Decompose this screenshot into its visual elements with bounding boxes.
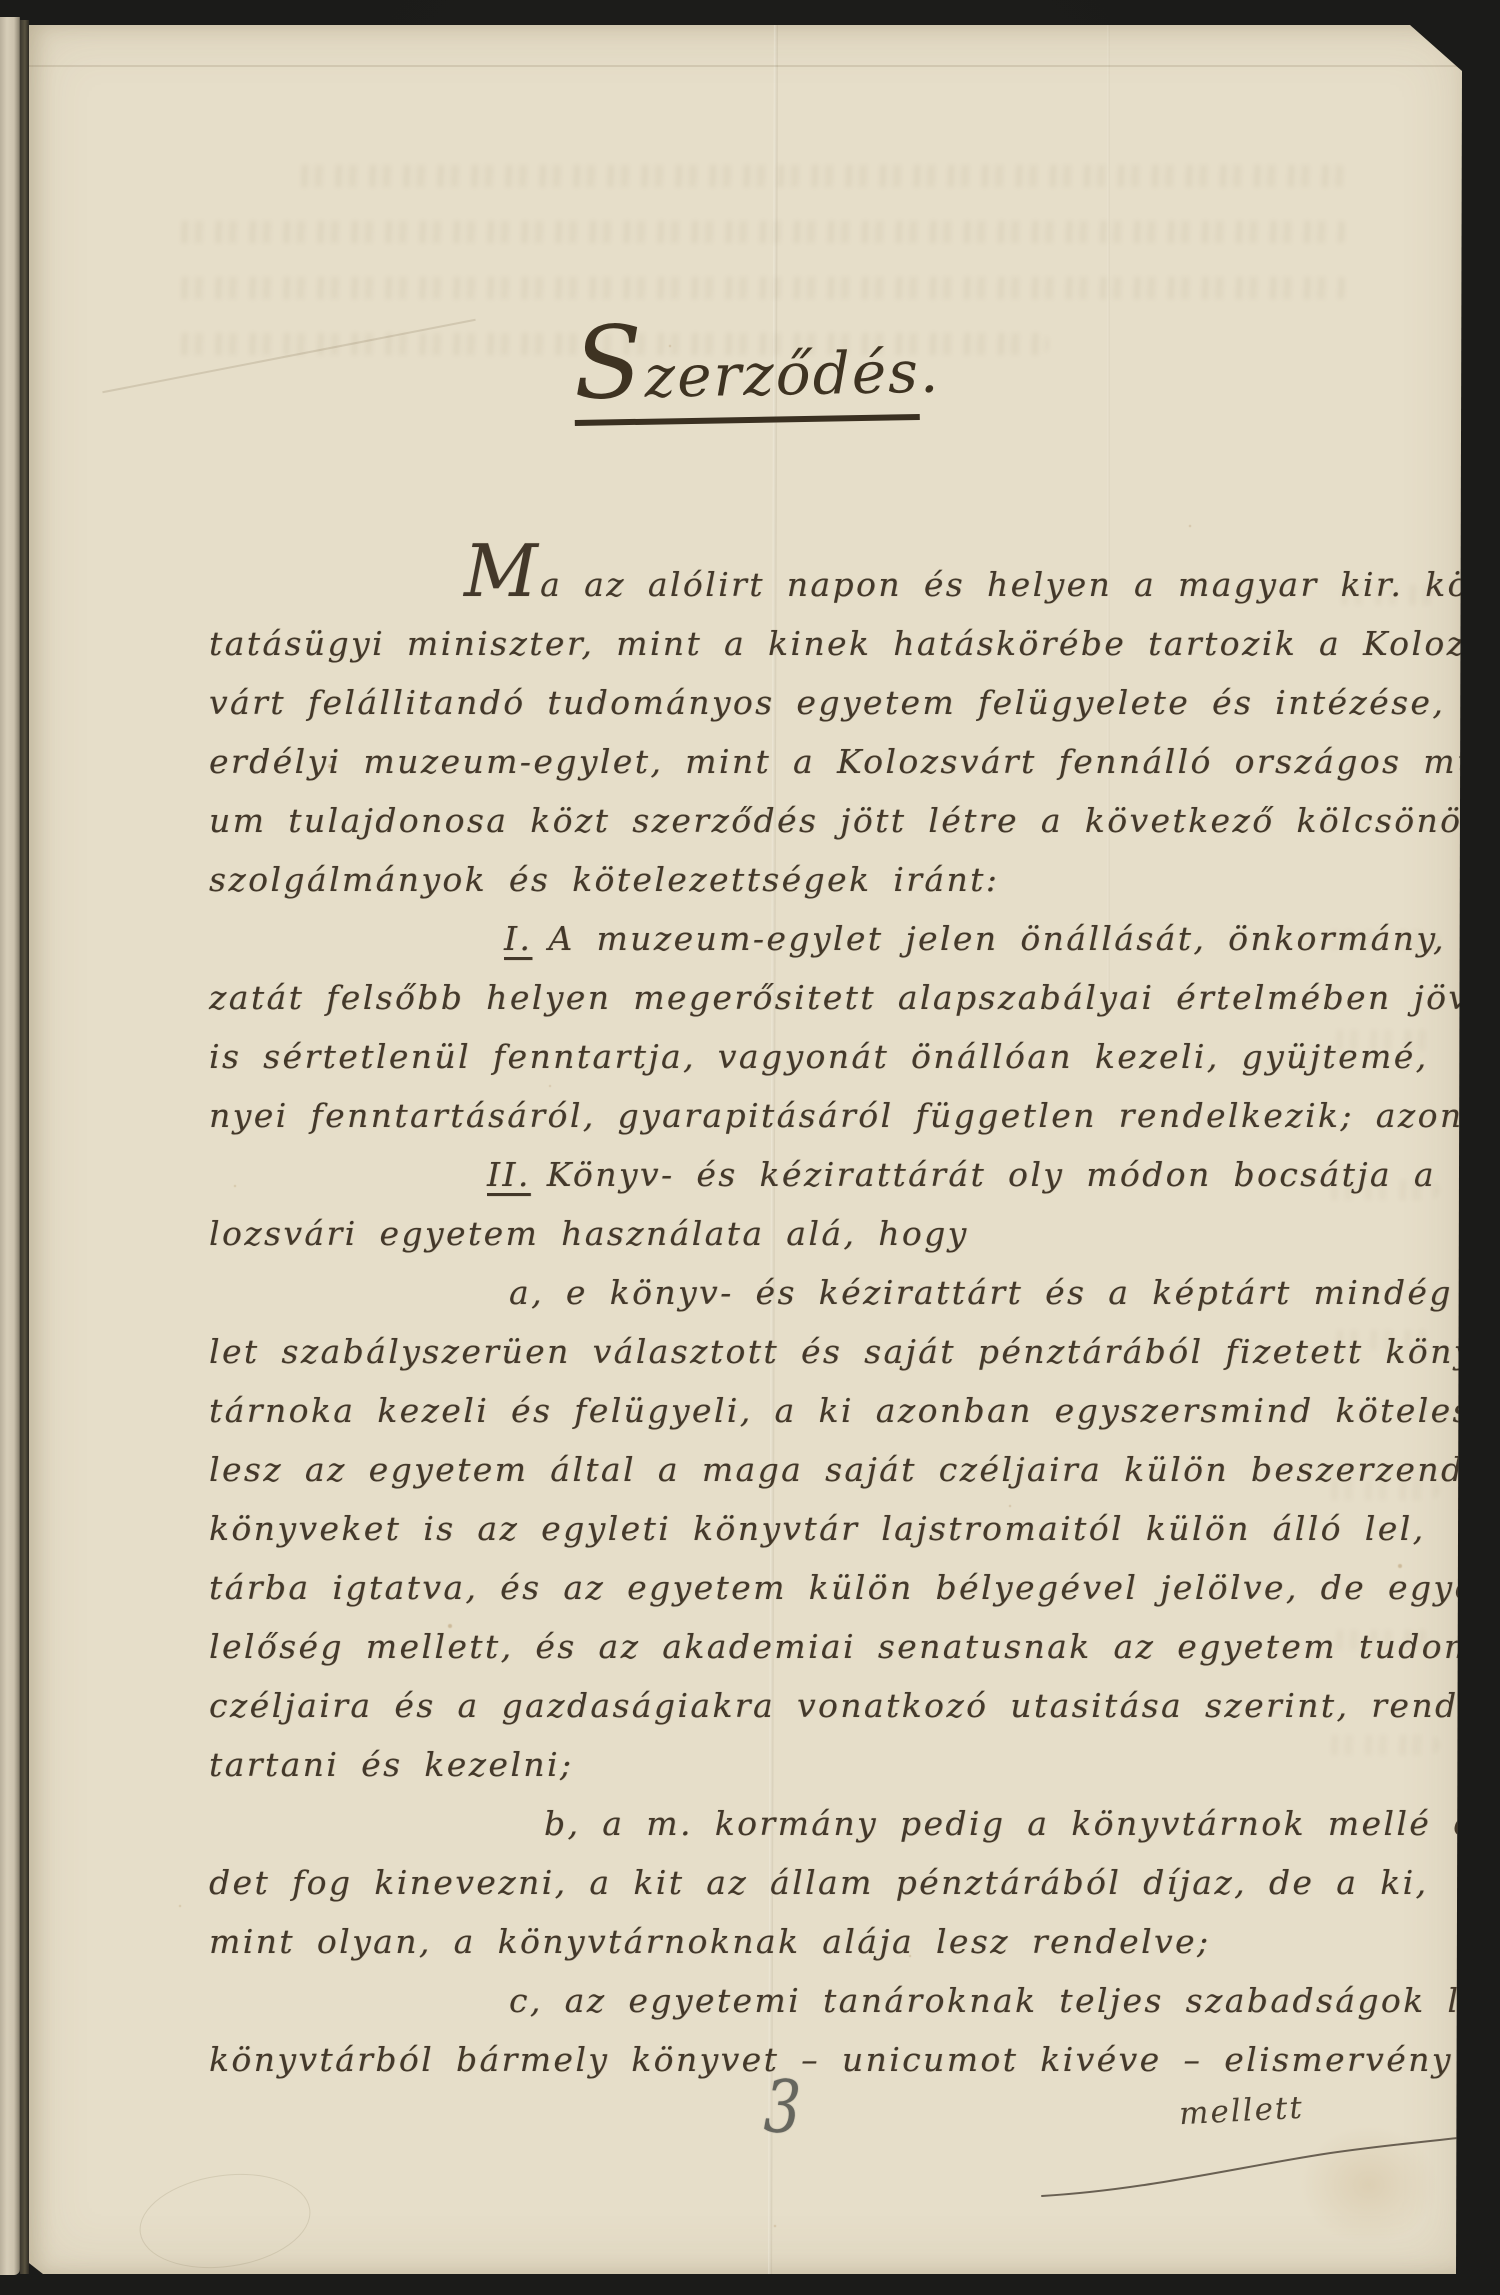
manuscript-line: Ma az alólirt napon és helyen a magyar k… <box>209 555 1459 614</box>
manuscript-line: b, a m. kormány pedig a könyvtárnok mell… <box>209 1794 1459 1853</box>
book-page-edge-shadow <box>20 20 29 2274</box>
manuscript-body: Ma az alólirt napon és helyen a magyar k… <box>209 555 1459 2089</box>
manuscript-line: I.A muzeum-egylet jelen önállását, önkor… <box>209 909 1459 968</box>
catchword-flourish <box>1034 2120 1474 2205</box>
manuscript-line: c, az egyetemi tanároknak teljes szabads… <box>209 1971 1459 2030</box>
fold-crease-diagonal <box>102 319 475 393</box>
manuscript-line: det fog kinevezni, a kit az állam pénztá… <box>209 1853 1459 1912</box>
manuscript-line: is sértetlenül fenntartja, vagyonát önál… <box>209 1027 1459 1086</box>
manuscript-line: tárnoka kezeli és felügyeli, a ki azonba… <box>209 1381 1459 1440</box>
manuscript-line: czéljaira és a gazdaságiakra vonatkozó u… <box>209 1676 1459 1735</box>
manuscript-line: II.Könyv- és kézirattárát oly módon bocs… <box>209 1145 1459 1204</box>
manuscript-page: Szerződés. Ma az alólirt napon és helyen… <box>29 25 1462 2274</box>
manuscript-line: szolgálmányok és kötelezettségek iránt: <box>209 850 1459 909</box>
manuscript-line: tartani és kezelni; <box>209 1735 1459 1794</box>
manuscript-line-text: Könyv- és kézirattárát oly módon bocsátj… <box>547 1155 1500 1194</box>
manuscript-line: várt felállitandó tudományos egyetem fel… <box>209 673 1459 732</box>
fold-crease-horizontal <box>29 65 1462 67</box>
manuscript-line: lozsvári egyetem használata alá, hogy <box>209 1204 1459 1263</box>
faint-oval-mark <box>133 2163 316 2278</box>
foxing-specks <box>29 25 31 27</box>
manuscript-line: könyveket is az egyleti könyvtár lajstro… <box>209 1499 1459 1558</box>
manuscript-line: zatát felsőbb helyen megerősitett alapsz… <box>209 968 1459 1027</box>
show-through-text <box>169 221 1349 243</box>
manuscript-line-text: A muzeum-egylet jelen önállását, önkormá… <box>548 919 1446 958</box>
show-through-text <box>169 277 1349 299</box>
manuscript-line: a, e könyv- és kézirattárt és a képtárt … <box>209 1263 1459 1322</box>
manuscript-line: let szabályszerüen választott és saját p… <box>209 1322 1459 1381</box>
manuscript-line: erdélyi muzeum-egylet, mint a Kolozsvárt… <box>209 732 1459 791</box>
section-numeral: II. <box>487 1155 547 1194</box>
photo-background: { "manuscript": { "title": "Szerződés.",… <box>0 0 1500 2295</box>
manuscript-line: lelőség mellett, és az akademiai senatus… <box>209 1617 1459 1676</box>
page-number: 3 <box>763 2064 802 2151</box>
document-title: Szerződés. <box>573 322 920 426</box>
manuscript-line: tatásügyi miniszter, mint a kinek hatásk… <box>209 614 1459 673</box>
section-numeral: I. <box>504 919 548 958</box>
manuscript-line: tárba igtatva, és az egyetem külön bélye… <box>209 1558 1459 1617</box>
book-page-edge <box>0 17 20 2275</box>
manuscript-line: könyvtárból bármely könyvet – unicumot k… <box>209 2030 1459 2089</box>
manuscript-line: lesz az egyetem által a maga saját czélj… <box>209 1440 1459 1499</box>
manuscript-line: mint olyan, a könyvtárnoknak alája lesz … <box>209 1912 1459 1971</box>
show-through-text <box>289 165 1349 187</box>
manuscript-line: nyei fenntartásáról, gyarapitásáról függ… <box>209 1086 1459 1145</box>
manuscript-line: um tulajdonosa közt szerződés jött létre… <box>209 791 1459 850</box>
